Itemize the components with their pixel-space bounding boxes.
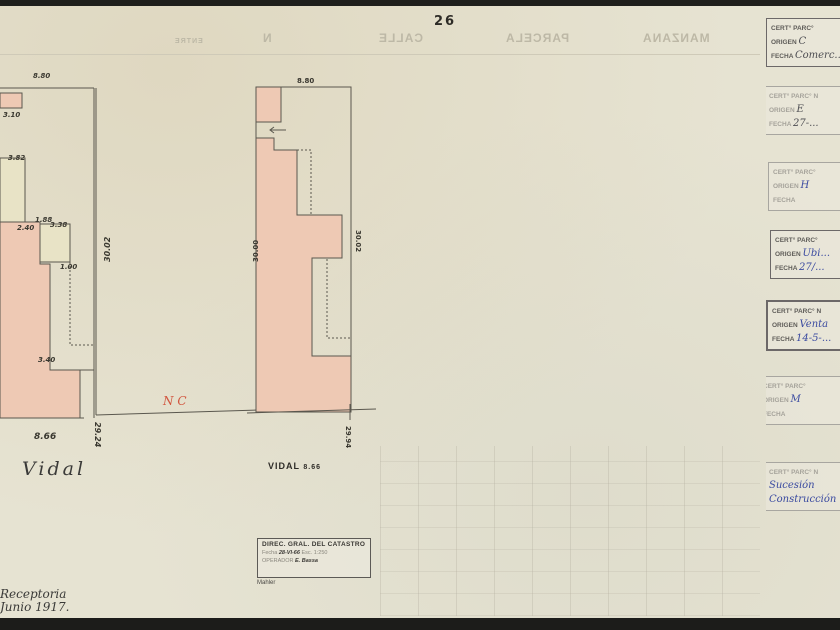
right-parcel-depth-bottom: 29.94 xyxy=(344,426,352,448)
dim-label: 3.10 xyxy=(3,111,20,119)
fecha-value: Construcción xyxy=(769,494,836,505)
origen-label: ORIGEN xyxy=(775,251,801,258)
right-parcel-front-top: 8.80 xyxy=(297,77,314,85)
left-parcel-front-bottom: 8.66 xyxy=(34,432,56,442)
street-width: 8.66 xyxy=(303,464,321,471)
dim-label: 1.88 xyxy=(35,216,52,224)
fecha-label: FECHA xyxy=(775,265,797,272)
origen-value: Ubi... xyxy=(802,248,830,259)
origen-label: ORIGEN xyxy=(766,397,789,404)
fecha-value: Comerc... xyxy=(795,50,840,61)
certificate-stamp: CERT° PARC° ORIGEN H FECHA xyxy=(768,162,840,211)
note-line-2: Junio 1917. xyxy=(0,600,70,614)
certificate-stamp: CERT° PARC° N Sucesión Construcción xyxy=(766,462,840,511)
fecha-label: FECHA xyxy=(766,411,785,418)
stamp-footer: Mahler xyxy=(257,580,275,586)
right-parcel xyxy=(247,87,376,420)
catastro-stamp: DIREC. GRAL. DEL CATASTRO Fecha 28-VI-66… xyxy=(257,538,371,578)
street-label-vidal: VIDAL 8.66 xyxy=(268,461,321,471)
operador-value: E. Bassa xyxy=(295,558,318,564)
dim-label: 3.38 xyxy=(50,221,67,229)
catastro-stamp-title: DIREC. GRAL. DEL CATASTRO xyxy=(262,541,366,548)
stamp-title: CERT° PARC° xyxy=(773,169,816,176)
origen-label: ORIGEN xyxy=(773,183,799,190)
origen-value: C xyxy=(798,36,806,47)
left-parcel-front-top: 8.80 xyxy=(33,72,50,80)
origen-value: H xyxy=(800,180,809,191)
origen-label: ORIGEN xyxy=(772,322,798,329)
fecha-label: FECHA xyxy=(773,197,795,204)
fecha-label: FECHA xyxy=(771,53,793,60)
fecha-label: FECHA xyxy=(772,336,794,343)
fecha-value: 27-... xyxy=(793,118,819,129)
fecha-value: 27/... xyxy=(799,262,825,273)
stamp-title: CERT° PARC° N xyxy=(769,469,818,476)
stamp-title: CERT° PARC° xyxy=(766,383,806,390)
fecha-value: 14-5-... xyxy=(796,333,831,344)
origen-value: E xyxy=(796,104,803,115)
fecha-value: 28-VI-66 xyxy=(279,550,300,556)
origen-value: M xyxy=(790,394,800,405)
vacant-lot xyxy=(96,88,258,415)
certificate-stamps-column: CERT° PARC° ORIGEN C FECHA Comerc... CER… xyxy=(766,16,840,616)
parcel-plan-drawing xyxy=(0,0,840,630)
certificate-stamp: CERT° PARC° ORIGEN M FECHA xyxy=(766,376,840,425)
certificate-stamp: CERT° PARC° N ORIGEN Venta FECHA 14-5-..… xyxy=(766,300,840,351)
certificate-stamp: CERT° PARC° N ORIGEN E FECHA 27-... xyxy=(766,86,840,135)
certificate-stamp: CERT° PARC° ORIGEN Ubi... FECHA 27/... xyxy=(770,230,840,279)
dim-label: 2.40 xyxy=(17,224,34,232)
right-parcel-depth-left: 30.00 xyxy=(252,240,260,262)
note-line-1: Receptoria xyxy=(0,587,66,601)
dim-label: 1.00 xyxy=(60,263,77,271)
stamp-title: CERT° PARC° xyxy=(771,25,814,32)
scale-label: Esc. 1:250 xyxy=(301,550,327,556)
right-parcel-depth-right: 30.02 xyxy=(354,230,362,252)
dim-label: 3.40 xyxy=(38,356,55,364)
street-name: VIDAL xyxy=(268,461,300,471)
stamp-title: CERT° PARC° N xyxy=(772,308,821,315)
origen-label: ORIGEN xyxy=(771,39,797,46)
vacant-lot-label: N C xyxy=(163,394,187,408)
certificate-stamp: CERT° PARC° ORIGEN C FECHA Comerc... xyxy=(766,18,840,67)
scan-bottom-edge xyxy=(0,618,840,630)
origen-label: ORIGEN xyxy=(769,107,795,114)
stamp-title: CERT° PARC° xyxy=(775,237,818,244)
fecha-label: Fecha xyxy=(262,550,277,556)
operador-label: OPERADOR xyxy=(262,558,293,564)
left-parcel-depth: 30.02 xyxy=(103,237,112,262)
fecha-label: FECHA xyxy=(769,121,791,128)
dim-label: 3.82 xyxy=(8,154,25,162)
origen-value: Venta xyxy=(799,319,828,330)
street-name-handwritten: Vidal xyxy=(22,458,86,480)
left-parcel xyxy=(0,88,94,418)
left-parcel-depth-bottom: 29.24 xyxy=(93,422,102,447)
stamp-title: CERT° PARC° N xyxy=(769,93,818,100)
origen-value: Sucesión xyxy=(769,480,815,491)
